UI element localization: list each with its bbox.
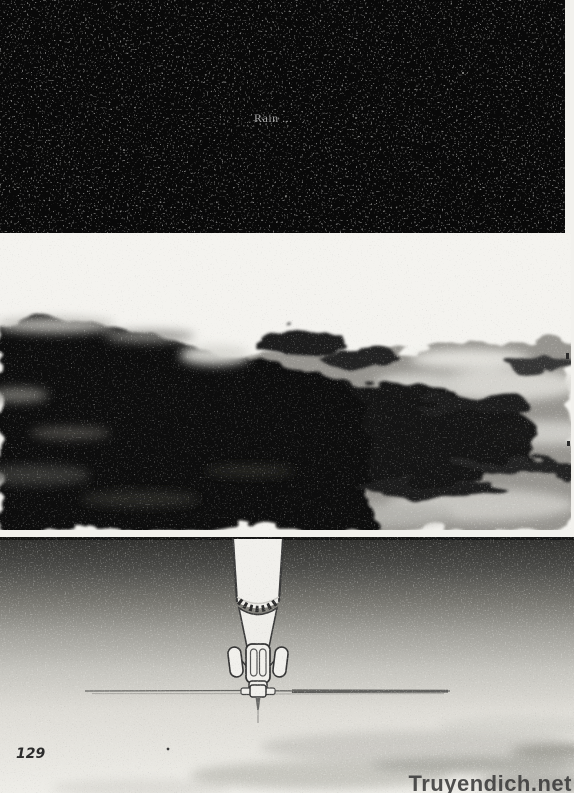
sound-effect-rain: Rain ... bbox=[254, 111, 293, 126]
manga-page: Rain ... bbox=[0, 0, 574, 793]
watermark-text: Truyendich.net bbox=[409, 771, 572, 793]
panel-cloudscape bbox=[0, 233, 571, 530]
panel-helicopter bbox=[0, 537, 574, 793]
helicopter-scene-art bbox=[0, 537, 574, 793]
panel-night-sky: Rain ... bbox=[0, 0, 565, 233]
cloudscape-art bbox=[0, 233, 571, 530]
page-number: 129 bbox=[16, 746, 45, 762]
